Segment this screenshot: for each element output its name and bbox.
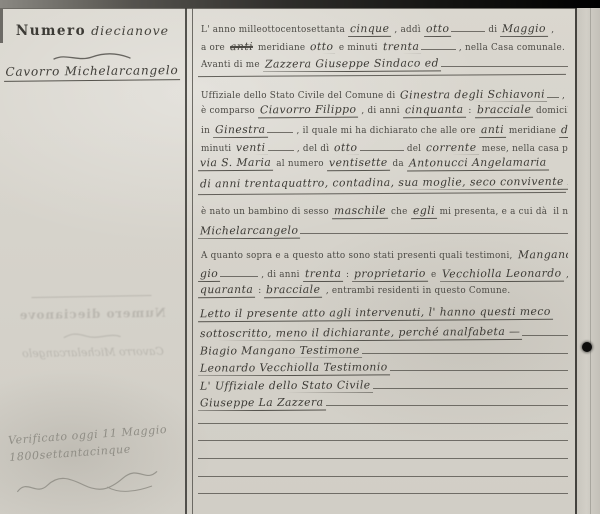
form-line: Leonardo Vecchiolla Testimonio (198, 358, 568, 376)
handwritten-entry: maschile (332, 203, 388, 219)
form-line: Letto il presente atto agli intervenuti,… (198, 305, 568, 323)
handwritten-entry: Mangano Bia- (516, 247, 568, 262)
handwritten-entry: cinque (348, 21, 392, 37)
printed-form-text: , del dì (294, 142, 332, 156)
handwritten-entry: anti (479, 122, 506, 138)
fill-in-line (220, 264, 258, 277)
ink-bleedthrough: Numero diecianove Cavorro Michelarcangel… (0, 294, 186, 360)
form-line: Michelarcangelo (198, 221, 568, 239)
handwritten-entry: Leonardo Vecchiolla Testimonio (198, 359, 390, 375)
section-gap (198, 239, 568, 247)
printed-form-text: e (428, 268, 439, 282)
form-line (198, 411, 568, 429)
form-line: via S. Mariaal numeroventisettedaAntonuc… (198, 155, 568, 173)
punch-hole (582, 342, 592, 352)
form-line: L' Uffiziale dello Stato Civile (198, 376, 568, 394)
facing-page-edge (577, 8, 600, 514)
printed-form-text: , (548, 23, 557, 37)
scanned-birth-record-page: Numero diecianove Cavorro Michelarcangel… (0, 0, 600, 514)
handwritten-entry: Antonucci Angelamaria (407, 155, 549, 171)
handwritten-entry: Vecchiolla Leonardo (439, 266, 563, 282)
printed-form-text: al numero (273, 157, 326, 172)
form-line: A quanto sopra e a questo atto sono stat… (198, 247, 568, 265)
printed-form-text: , il quale mi ha dichiarato che alle ore (293, 124, 478, 138)
handwritten-entry: bracciale (264, 282, 323, 298)
fill-in-line (268, 138, 294, 151)
printed-form-text: L' anno milleottocentosettanta (198, 23, 348, 37)
printed-form-text: , addì (391, 23, 423, 37)
handwritten-entry: quaranta (198, 282, 255, 298)
bleedthrough-text: Numero diecianove (0, 305, 185, 322)
form-lines: L' anno milleottocentosettantacinque, ad… (198, 19, 568, 510)
form-line: Avanti di meZazzera Giuseppe Sindaco ed (198, 54, 568, 72)
printed-form-text: da (389, 157, 406, 172)
section-rule (198, 74, 566, 81)
printed-form-text: in (198, 124, 213, 138)
margin-column: Numero diecianove Cavorro Michelarcangel… (0, 8, 185, 514)
printed-form-text: il nome di (550, 205, 568, 220)
printed-form-text: : (343, 268, 352, 282)
form-line: di anni trentaquattro, contadina, sua mo… (198, 173, 568, 191)
printed-form-text: minuti (198, 142, 234, 156)
form-line (198, 446, 568, 464)
printed-form-text: , di anni (258, 268, 302, 282)
printed-form-text: , (559, 89, 568, 103)
handwritten-entry: Michelarcangelo (198, 223, 300, 239)
handwritten-entry: otto (308, 38, 336, 54)
printed-form-text: è nato un bambino di sesso (198, 205, 332, 220)
printed-form-text: domiciliato (533, 104, 568, 119)
form-line: minutiventi, del dìottodelcorrentemese, … (198, 138, 568, 156)
handwritten-entry: trenta (381, 38, 421, 54)
numero-value-handwritten: diecianove (91, 23, 169, 38)
handwritten-entry: otto (424, 21, 452, 37)
handwritten-entry: Biagio Mangano Testimone (198, 342, 362, 358)
printed-form-text: che (388, 205, 411, 220)
fill-in-line (198, 428, 568, 441)
printed-form-text: a ore (198, 41, 228, 55)
form-line (198, 481, 568, 499)
handwritten-entry: Giuseppe La Zazzera (198, 395, 326, 411)
fill-in-line (267, 120, 293, 133)
form-line: è comparsoCiavorro Filippo, di annicinqu… (198, 102, 568, 120)
fill-in-line (360, 138, 404, 151)
fill-in-line (451, 19, 485, 32)
handwritten-entry: dieci (559, 122, 568, 138)
handwritten-entry: Ciavorro Filippo (258, 102, 358, 118)
printed-form-text: , entrambi residenti in questo Comune. (323, 284, 514, 299)
fill-in-line (390, 358, 568, 371)
form-line (198, 428, 568, 446)
printed-form-text: del (404, 142, 424, 156)
form-line: è nato un bambino di sessomaschilecheegl… (198, 203, 568, 221)
printed-form-text: mi presenta, e a cui dà (437, 205, 551, 220)
handwritten-entry: Ginestra degli Schiavoni (398, 86, 547, 102)
handwritten-entry: sottoscritto, meno il dichiarante, perch… (198, 324, 522, 341)
fill-in-line (300, 221, 568, 234)
form-line: Uffiziale dello Stato Civile del Comune … (198, 85, 568, 103)
printed-form-text: meridiane (506, 124, 559, 138)
bleedthrough-flourish-icon (0, 323, 185, 345)
handwritten-entry: L' Uffiziale dello Stato Civile (198, 377, 373, 393)
fill-in-line (198, 411, 568, 424)
handwritten-entry: venti (234, 139, 268, 155)
verification-signature (10, 460, 182, 509)
fill-in-line (198, 464, 568, 477)
handwritten-entry: anti (228, 38, 255, 53)
fill-in-line (198, 446, 568, 459)
fill-in-line (373, 376, 568, 389)
fill-in-line (522, 323, 568, 336)
fill-in-line (421, 37, 456, 50)
facing-page-crease (590, 8, 591, 514)
numero-label: Numero (16, 23, 86, 39)
printed-form-text: , di anni (358, 104, 402, 119)
form-line: inGinestra, il quale mi ha dichiarato ch… (198, 120, 568, 138)
form-line: quaranta:bracciale, entrambi residenti i… (198, 282, 568, 300)
printed-form-text: , nella Casa comunale. (456, 41, 568, 55)
printed-form-text: Avanti di me (198, 58, 263, 72)
printed-form-text: mese, nella casa posta in (479, 142, 568, 156)
form-line: Biagio Mangano Testimone (198, 341, 568, 359)
handwritten-entry: proprietario (352, 266, 428, 282)
handwritten-entry: bracciale (475, 102, 534, 118)
handwritten-entry: di anni trentaquattro, contadina, sua mo… (198, 173, 568, 190)
printed-form-text: , di anni (563, 268, 568, 282)
fill-in-line (326, 393, 569, 406)
form-column: L' anno milleottocentosettantacinque, ad… (190, 8, 576, 514)
printed-form-text: e minuti (336, 41, 381, 55)
handwritten-entry: via S. Maria (198, 155, 273, 171)
handwritten-entry: Ginestra (213, 122, 268, 138)
form-line: a oreantimeridianeottoe minutitrenta, ne… (198, 37, 568, 55)
printed-form-text: è comparso (198, 104, 258, 119)
handwritten-entry: cinquanta (403, 102, 466, 118)
handwritten-entry: trenta (303, 266, 343, 282)
handwritten-entry: corrente (424, 139, 479, 155)
printed-form-text: di (485, 23, 500, 37)
fill-in-line (441, 54, 568, 67)
handwritten-entry: Zazzera Giuseppe Sindaco ed (263, 56, 441, 72)
form-line: sottoscritto, meno il dichiarante, perch… (198, 323, 568, 341)
fill-in-line (198, 481, 568, 494)
section-rule (198, 192, 566, 199)
form-line: Giuseppe La Zazzera (198, 393, 568, 411)
fill-in-line (362, 341, 568, 354)
bleedthrough-text: Cavorro Michelarcangelo (0, 344, 185, 360)
handwritten-entry: egli (411, 203, 437, 219)
bleedthrough-rule (32, 295, 152, 298)
form-line: L' anno milleottocentosettantacinque, ad… (198, 19, 568, 37)
handwritten-entry: Letto il presente atto agli intervenuti,… (198, 305, 553, 322)
printed-form-text: : (465, 104, 474, 119)
handwritten-entry: otto (332, 139, 360, 155)
printed-form-text: meridiane (255, 41, 308, 55)
record-number-line: Numero diecianove (0, 20, 185, 39)
printed-form-text: A quanto sopra e a questo atto sono stat… (198, 249, 516, 264)
handwritten-entry: gio (198, 266, 220, 282)
printed-form-text: Uffiziale dello Stato Civile del Comune … (198, 89, 398, 103)
form-line: gio, di annitrenta:proprietarioeVecchiol… (198, 264, 568, 282)
fill-in-line (547, 85, 558, 98)
verification-note: Verificato oggi 11 Maggio 1800settantaci… (8, 420, 183, 509)
handwritten-entry: Maggio (500, 21, 548, 37)
form-line (198, 464, 568, 482)
record-subject-name: Cavorro Michelarcangelo (4, 63, 180, 82)
handwritten-entry: ventisette (327, 155, 390, 171)
